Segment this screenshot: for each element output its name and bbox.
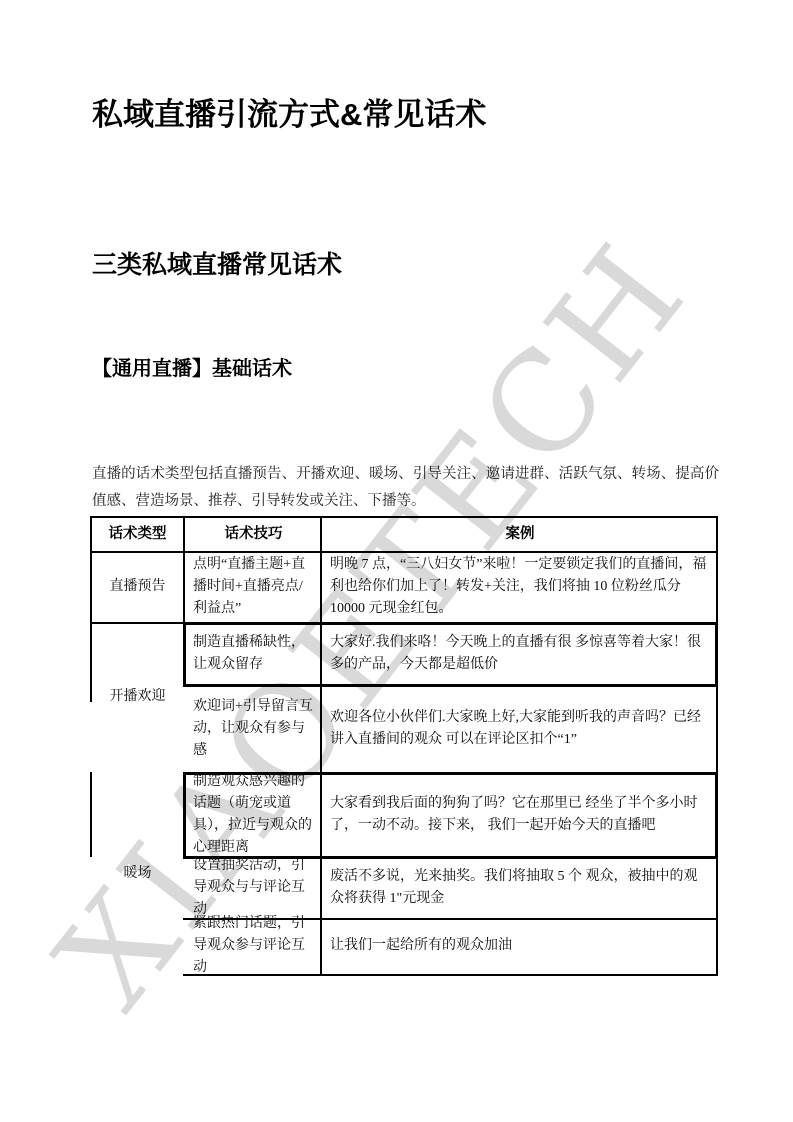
example-cell: 废活不多说，光来抽奖。我们将抽取 5 个 观众，被抽中的观众将获得 1"元现金 <box>322 857 718 918</box>
section-heading: 三类私域直播常见话术 <box>92 245 342 281</box>
technique-cell: 点明“直播主题+直播时间+直播亮点/利益点” <box>185 551 322 622</box>
technique-cell: 欢迎词+引导留言互动，让观众有参与感 <box>185 685 322 772</box>
technique-cell: 制造直播稀缺性，让观众留存 <box>185 622 322 685</box>
page-title: 私域直播引流方式&常见话术 <box>92 96 486 135</box>
category-cell-warmup: 暖场 <box>90 772 185 976</box>
category-cell-opening-welcome: 开播欢迎 <box>90 622 185 772</box>
document-page: XIAOETECH 私域直播引流方式&常见话术 三类私域直播常见话术 【通用直播… <box>0 0 793 1122</box>
script-table: 话术类型 话术技巧 案例 直播预告 开播欢迎 暖场 点明“直播主题+直播时间+直… <box>90 516 718 978</box>
example-cell: 欢迎各位小伙伴们.大家晚上好,大家能到听我的声音吗？已经讲入直播间的观众 可以在… <box>322 685 718 772</box>
intro-paragraph: 直播的话术类型包括直播预告、开播欢迎、暖场、引导关注、邀请进群、活跃气氛、转场、… <box>92 461 719 515</box>
header-cell-category: 话术类型 <box>90 516 185 551</box>
example-cell: 让我们一起给所有的观众加油 <box>322 918 718 974</box>
technique-cell: 紧跟热门话题，引导观众参与评论互动 <box>185 918 322 974</box>
sub-heading: 【通用直播】基础话术 <box>92 352 292 381</box>
header-cell-example: 案例 <box>322 516 718 551</box>
example-cell: 大家好.我们来咯！今天晚上的直播有很 多惊喜等着大家！很多的产品，今天都是超低价 <box>322 622 718 685</box>
technique-cell: 制造观众感兴趣的话题（萌宠或道具），拉近与观众的心理距离 <box>185 772 322 857</box>
category-cell-live-preview: 直播预告 <box>90 551 185 622</box>
page-content: 私域直播引流方式&常见话术 三类私域直播常见话术 【通用直播】基础话术 直播的话… <box>0 0 793 1122</box>
technique-cell: 设置抽奖活动，引导观众与与评论互动 <box>185 857 322 918</box>
header-cell-technique: 话术技巧 <box>185 516 322 551</box>
example-cell: 大家看到我后面的狗狗了吗？它在那里已 经坐了半个多小时了，一动不动。接下来， 我… <box>322 772 718 857</box>
example-cell: 明晚 7 点，“三八妇女节”来啦！一定要锁定我们的直播间，福利也给你们加上了！转… <box>322 551 718 622</box>
